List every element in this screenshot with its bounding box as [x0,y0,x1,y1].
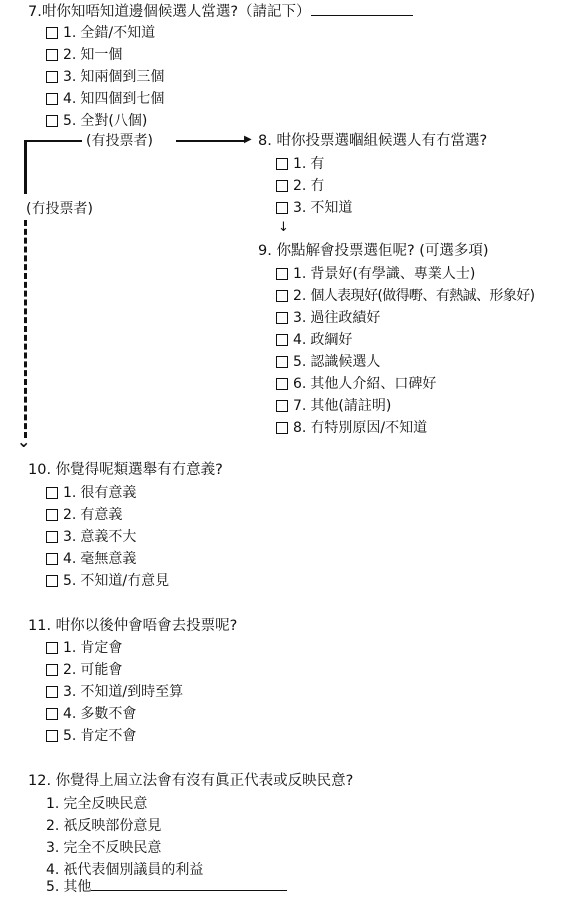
option-label: 多數不會 [80,703,136,725]
q11-option-3[interactable]: 3.不知道/到時至算 [46,681,183,703]
option-number: 4. [63,88,76,110]
question-9-title: 9. 你點解會投票選佢呢? (可選多項) [258,240,489,262]
option-label: 不知道 [310,197,352,219]
option-label: 有意義 [80,504,122,526]
checkbox[interactable] [46,686,58,698]
option-label: 冇特別原因/不知道 [310,417,427,439]
checkbox[interactable] [46,487,58,499]
checkbox[interactable] [46,531,58,543]
arrow-down-icon: ↓ [278,217,289,239]
option-number: 5. [63,725,76,747]
q11-option-1[interactable]: 1.肯定會 [46,637,122,659]
option-number: 2. [63,44,76,66]
checkbox[interactable] [46,575,58,587]
option-number: 2. [293,285,306,307]
option-number: 1. [46,796,59,812]
q9-option-6[interactable]: 6.其他人介紹、口碑好 [276,373,436,395]
option-number: 1. [63,637,76,659]
q7-option-4[interactable]: 4.知四個到七個 [46,88,164,110]
q9-option-8[interactable]: 8.冇特別原因/不知道 [276,417,427,439]
option-label: 背景好(有學識、專業人士) [310,263,475,285]
checkbox[interactable] [46,553,58,565]
option-number: 8. [293,417,306,439]
q8-option-2[interactable]: 2.冇 [276,175,324,197]
option-label: 毫無意義 [80,548,136,570]
checkbox[interactable] [46,730,58,742]
option-label: 其他 [63,879,91,895]
option-label: 可能會 [80,659,122,681]
q9-option-7[interactable]: 7.其他(請註明) [276,395,391,417]
option-number: 1. [293,263,306,285]
q12-other-blank[interactable] [91,876,287,891]
voted-label: (有投票者) [86,130,153,152]
option-label: 祇反映部份意見 [63,818,161,834]
q12-option-5[interactable]: 5.其他 [46,876,287,897]
q7-option-5[interactable]: 5.全對(八個) [46,110,147,132]
checkbox[interactable] [46,93,58,105]
option-label: 知四個到七個 [80,88,164,110]
question-8-title: 8. 咁你投票選嗰組候選人有冇當選? [258,130,487,152]
checkbox[interactable] [276,334,288,346]
not-voted-label: (冇投票者) [26,198,93,220]
q9-option-5[interactable]: 5.認識候選人 [276,351,380,373]
q7-option-1[interactable]: 1.全錯/不知道 [46,22,155,44]
checkbox[interactable] [276,268,288,280]
option-number: 3. [293,197,306,219]
option-label: 完全不反映民意 [63,840,161,856]
option-label: 很有意義 [80,482,136,504]
option-number: 1. [293,153,306,175]
option-number: 1. [63,482,76,504]
q10-option-1[interactable]: 1.很有意義 [46,482,136,504]
option-number: 5. [63,110,76,132]
option-label: 個人表現好(做得嘢、有熱誠、形象好) [310,285,534,307]
checkbox[interactable] [276,422,288,434]
option-label: 其他(請註明) [310,395,391,417]
option-number: 3. [63,681,76,703]
q7-option-2[interactable]: 2.知一個 [46,44,122,66]
option-number: 3. [46,840,59,856]
question-12-title: 12. 你覺得上屆立法會有沒有眞正代表或反映民意? [28,770,353,792]
checkbox[interactable] [46,71,58,83]
q11-option-5[interactable]: 5.肯定不會 [46,725,136,747]
checkbox[interactable] [276,180,288,192]
question-7-title: 7.咁你知唔知道邊個候選人當選?（請記下） [28,4,311,20]
option-number: 1. [63,22,76,44]
q9-option-3[interactable]: 3.過往政績好 [276,307,380,329]
option-label: 全錯/不知道 [80,22,155,44]
q12-option-1[interactable]: 1.完全反映民意 [46,793,147,815]
option-number: 5. [46,879,59,895]
flow-arrow-line [176,140,246,142]
checkbox[interactable] [276,400,288,412]
checkbox[interactable] [46,115,58,127]
q10-option-4[interactable]: 4.毫無意義 [46,548,136,570]
question-7: 7.咁你知唔知道邊個候選人當選?（請記下） [28,1,413,23]
option-number: 3. [63,526,76,548]
q11-option-2[interactable]: 2.可能會 [46,659,122,681]
option-label: 不知道/冇意見 [80,570,169,592]
option-number: 2. [293,175,306,197]
q10-option-2[interactable]: 2.有意義 [46,504,122,526]
checkbox[interactable] [276,378,288,390]
q9-option-2[interactable]: 2.個人表現好(做得嘢、有熱誠、形象好) [276,285,534,307]
option-label: 肯定不會 [80,725,136,747]
q8-option-3[interactable]: 3.不知道 [276,197,352,219]
flow-line-left-lower [24,220,27,438]
question-10-title: 10. 你覺得呢類選舉有冇意義? [28,459,223,481]
option-number: 4. [63,548,76,570]
option-label: 不知道/到時至算 [80,681,183,703]
flow-line-left-upper [24,140,27,194]
option-label: 肯定會 [80,637,122,659]
q8-option-1[interactable]: 1.有 [276,153,324,175]
q12-option-3[interactable]: 3.完全不反映民意 [46,837,161,859]
option-label: 知兩個到三個 [80,66,164,88]
option-number: 2. [63,659,76,681]
option-label: 冇 [310,175,324,197]
option-label: 政綱好 [310,329,352,351]
checkbox[interactable] [46,642,58,654]
checkbox[interactable] [46,27,58,39]
checkbox[interactable] [46,509,58,521]
option-number: 5. [63,570,76,592]
option-number: 2. [63,504,76,526]
option-number: 4. [293,329,306,351]
question-7-answer-blank[interactable] [311,1,413,16]
option-number: 7. [293,395,306,417]
option-number: 2. [46,818,59,834]
option-label: 其他人介紹、口碑好 [310,373,436,395]
checkbox[interactable] [276,202,288,214]
option-number: 6. [293,373,306,395]
checkbox[interactable] [46,664,58,676]
checkbox[interactable] [46,708,58,720]
q10-option-3[interactable]: 3.意義不大 [46,526,136,548]
q9-option-4[interactable]: 4.政綱好 [276,329,352,351]
checkbox[interactable] [276,356,288,368]
option-label: 全對(八個) [80,110,147,132]
option-label: 完全反映民意 [63,796,147,812]
checkbox[interactable] [276,312,288,324]
flow-line-top [24,140,82,142]
option-label: 過往政績好 [310,307,380,329]
checkbox[interactable] [46,49,58,61]
option-number: 3. [63,66,76,88]
flow-arrow-down-icon: ⌄ [17,434,30,450]
option-label: 知一個 [80,44,122,66]
option-label: 意義不大 [80,526,136,548]
option-label: 有 [310,153,324,175]
flow-arrow-right-icon: ▶ [244,131,252,149]
option-number: 3. [293,307,306,329]
checkbox[interactable] [276,158,288,170]
q7-option-3[interactable]: 3.知兩個到三個 [46,66,164,88]
q10-option-5[interactable]: 5.不知道/冇意見 [46,570,169,592]
option-number: 4. [63,703,76,725]
q12-option-2[interactable]: 2.祇反映部份意見 [46,815,161,837]
checkbox[interactable] [276,290,288,302]
q11-option-4[interactable]: 4.多數不會 [46,703,136,725]
option-number: 5. [293,351,306,373]
q9-option-1[interactable]: 1.背景好(有學識、專業人士) [276,263,475,285]
option-label: 認識候選人 [310,351,380,373]
question-11-title: 11. 咁你以後仲會唔會去投票呢? [28,615,237,637]
